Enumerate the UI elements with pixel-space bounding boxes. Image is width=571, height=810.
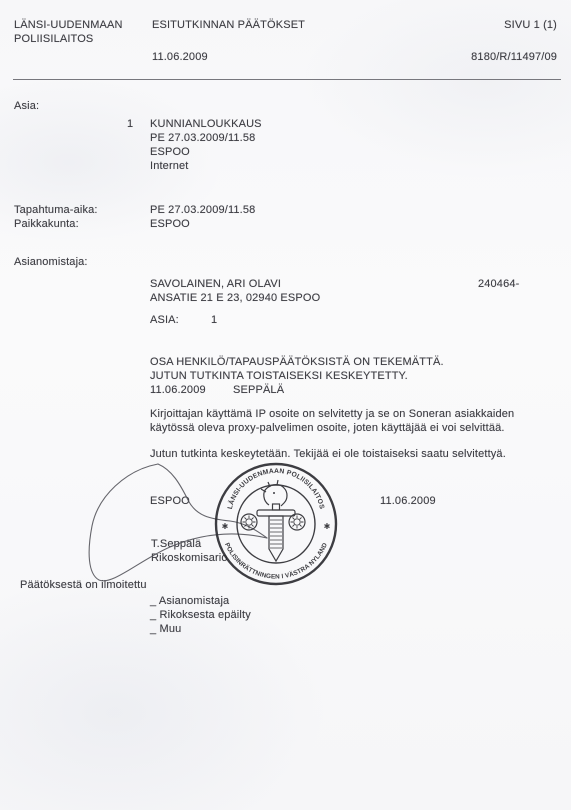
sword-crossguard bbox=[257, 510, 295, 516]
notified-option-other: _ Muu bbox=[150, 622, 181, 636]
stamp-outer-ring bbox=[216, 464, 336, 584]
case-number: 8180/R/11497/09 bbox=[471, 50, 557, 64]
offense-time: PE 27.03.2009/11.58 bbox=[150, 131, 255, 145]
police-stamp: LÄNSI-UUDENMAAN POLIISILAITOS POLISINRÄT… bbox=[216, 464, 336, 584]
stamp-bottom-text: POLISINRÄTTNINGEN I VÄSTRA NYLAND bbox=[223, 542, 329, 581]
sword-grip bbox=[273, 504, 280, 510]
case-item-number: 1 bbox=[127, 117, 133, 131]
time-label: Tapahtuma-aika: bbox=[14, 203, 98, 217]
decision-status-line2: JUTUN TUTKINTA TOISTAISEKSI KESKEYTETTY. bbox=[150, 369, 408, 383]
stamp-top-text: LÄNSI-UUDENMAAN POLIISILAITOS bbox=[227, 468, 325, 510]
signature-date: 11.06.2009 bbox=[380, 494, 436, 508]
notified-option-label: Asianomistaja bbox=[159, 595, 229, 607]
decision-body-line2: käytössä oleva proxy-palvelimen osoite, … bbox=[150, 421, 505, 435]
notified-option-label: Muu bbox=[160, 623, 182, 635]
decision-status-line1: OSA HENKILÖ/TAPAUSPÄÄTÖKSISTÄ ON TEKEMÄT… bbox=[150, 355, 444, 369]
svg-text:POLISINRÄTTNINGEN I VÄSTRA NYL: POLISINRÄTTNINGEN I VÄSTRA NYLAND bbox=[223, 542, 329, 581]
offense-name: KUNNIANLOUKKAUS bbox=[150, 117, 262, 131]
asia-label: Asia: bbox=[14, 99, 39, 113]
decision-body-para2: Jutun tutkinta keskeytetään. Tekijää ei … bbox=[150, 447, 506, 461]
sword-emblem-icon bbox=[241, 480, 305, 561]
signature-city: ESPOO bbox=[150, 494, 190, 508]
place-label: Paikkakunta: bbox=[14, 217, 79, 231]
org-name-line1: LÄNSI-UUDENMAAN bbox=[14, 18, 123, 32]
page-number: SIVU 1 (1) bbox=[504, 18, 557, 32]
org-name-line2: POLIISILAITOS bbox=[14, 32, 93, 46]
stamp-separator-left-icon: ✱ bbox=[222, 522, 229, 531]
time-value: PE 27.03.2009/11.58 bbox=[150, 203, 255, 217]
sword-blade-hatching bbox=[270, 520, 282, 548]
notified-option-complainant: _ Asianomistaja bbox=[150, 594, 229, 608]
place-value: ESPOO bbox=[150, 217, 190, 231]
complainant-name: SAVOLAINEN, ARI OLAVI bbox=[150, 277, 281, 291]
stamp-separator-right-icon: ✱ bbox=[324, 522, 331, 531]
document-date: 11.06.2009 bbox=[152, 50, 208, 64]
signer-title: Rikoskomisario bbox=[151, 551, 228, 565]
complainant-id: 240464- bbox=[478, 277, 519, 291]
document-title: ESITUTKINNAN PÄÄTÖKSET bbox=[152, 18, 305, 32]
notified-option-label: Rikoksesta epäilty bbox=[160, 609, 251, 621]
scanned-police-decision-document: LÄNSI-UUDENMAAN POLIISILAITOS ESITUTKINN… bbox=[0, 0, 571, 810]
signer-name: T.Seppälä bbox=[151, 537, 201, 551]
stamp-inner-ring bbox=[237, 485, 315, 563]
offense-place: ESPOO bbox=[150, 145, 190, 159]
rosette-left-icon bbox=[241, 514, 257, 530]
sword-blade bbox=[269, 516, 283, 561]
asia-ref-value: 1 bbox=[211, 313, 217, 327]
svg-text:LÄNSI-UUDENMAAN POLIISILAITOS: LÄNSI-UUDENMAAN POLIISILAITOS bbox=[227, 468, 325, 510]
notified-option-suspect: _ Rikoksesta epäilty bbox=[150, 608, 251, 622]
decision-body-line1: Kirjoittajan käyttämä IP osoite on selvi… bbox=[150, 407, 514, 421]
stamp-and-signature-overlay: LÄNSI-UUDENMAAN POLIISILAITOS POLISINRÄT… bbox=[0, 0, 571, 810]
lion-head-icon bbox=[261, 480, 287, 506]
complainant-address: ANSATIE 21 E 23, 02940 ESPOO bbox=[150, 291, 320, 305]
header-divider bbox=[13, 79, 561, 80]
complainant-label: Asianomistaja: bbox=[14, 255, 88, 269]
rosette-right-icon bbox=[289, 514, 305, 530]
decision-status-officer: SEPPÄLÄ bbox=[233, 383, 284, 397]
asia-ref-label: ASIA: bbox=[150, 313, 179, 327]
offense-medium: Internet bbox=[150, 159, 189, 173]
decision-status-date: 11.06.2009 bbox=[150, 383, 206, 397]
notified-label: Päätöksestä on ilmoitettu bbox=[20, 578, 147, 592]
